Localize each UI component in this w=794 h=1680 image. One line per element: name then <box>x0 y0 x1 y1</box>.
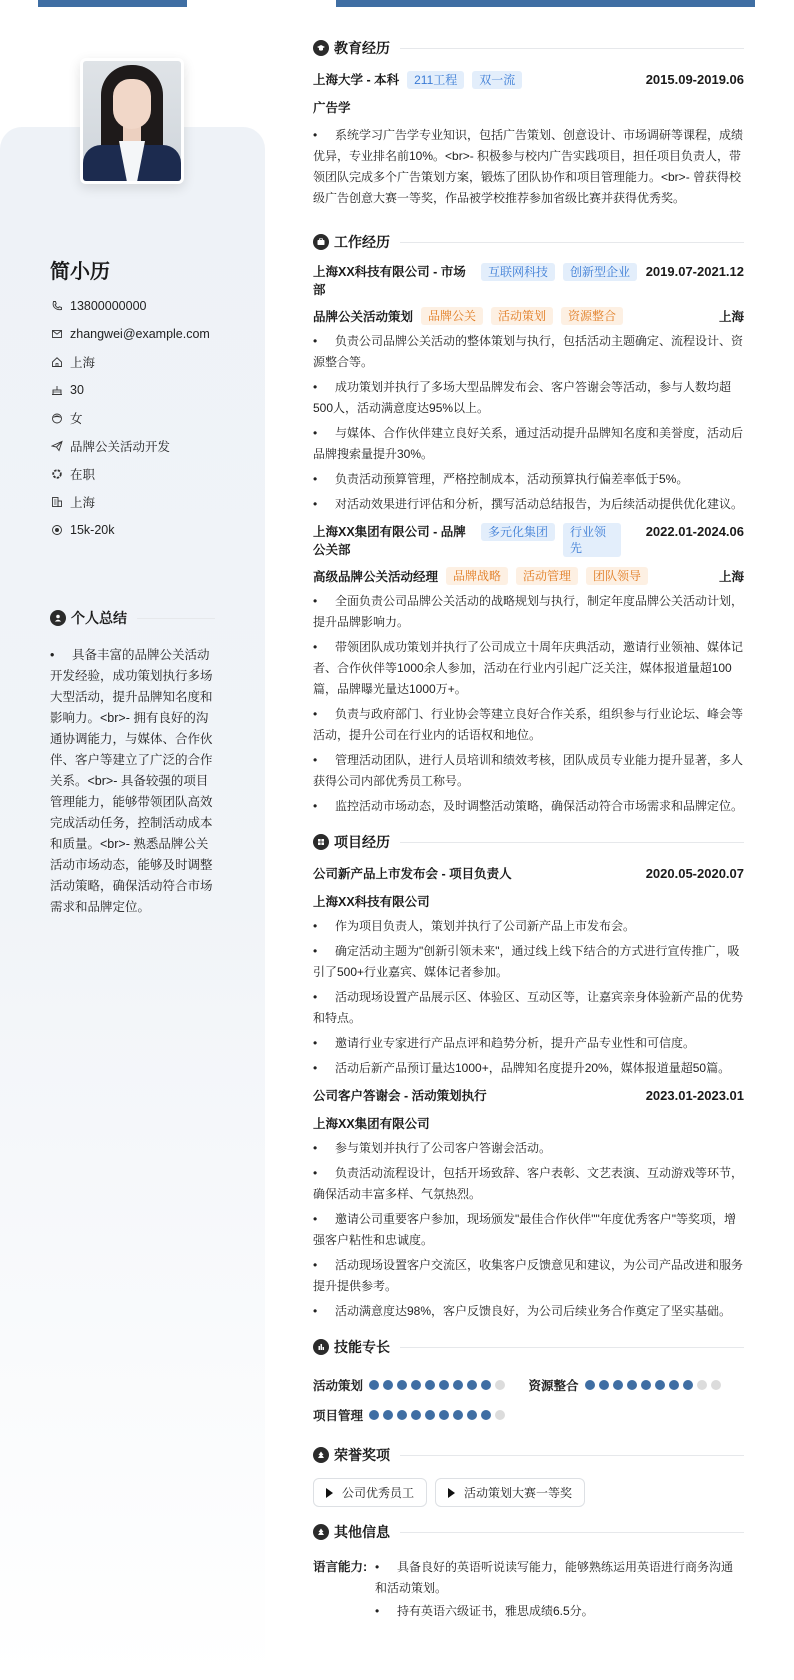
send-icon <box>50 439 64 453</box>
profile-name: 简小历 <box>50 255 110 284</box>
work-bullets: 全面负责公司品牌公关活动的战略规划与执行，制定年度品牌公关活动计划，提升品牌影响… <box>313 591 744 817</box>
summary-text: 具备丰富的品牌公关活动开发经验，成功策划执行多场大型活动，提升品牌知名度和影响力… <box>50 645 215 922</box>
work-entry-header: 上海XX科技有限公司 - 市场部 互联网科技 创新型企业 2019.07-202… <box>313 263 744 299</box>
rating-dot <box>669 1380 679 1390</box>
project-header: 公司新产品上市发布会 - 项目负责人 2020.05-2020.07 <box>313 865 744 883</box>
salary-icon <box>50 523 64 537</box>
bullet-item: 活动后新产品预订量达1000+，品牌知名度提升20%，媒体报道量超50篇。 <box>313 1058 744 1079</box>
bullet-item: 监控活动市场动态，及时调整活动策略，确保活动符合市场需求和品牌定位。 <box>313 796 744 817</box>
bullet-item: 对活动效果进行评估和分析，撰写活动总结报告，为后续活动提供优化建议。 <box>313 494 744 515</box>
bullet-item: 具备良好的英语听说读写能力，能够熟练运用英语进行商务沟通和活动策划。 <box>375 1557 744 1599</box>
company-name: 上海XX集团有限公司 - 品牌公关部 <box>313 523 473 559</box>
rating-dot <box>683 1380 693 1390</box>
major: 广告学 <box>313 98 351 116</box>
skill-rating <box>585 1380 725 1390</box>
rating-dot <box>425 1380 435 1390</box>
bullet-item: 负责活动流程设计，包括开场致辞、客户表彰、文艺表演、互动游戏等环节，确保活动丰富… <box>313 1163 744 1205</box>
info-status: 在职 <box>50 460 210 488</box>
projects-section-title: 项目经历 <box>313 831 744 853</box>
rating-dot <box>599 1380 609 1390</box>
company-tag: 创新型企业 <box>563 263 637 281</box>
info-salary: 15k-20k <box>50 516 210 544</box>
summary-section-title: 个人总结 <box>50 608 215 628</box>
rating-dot <box>439 1410 449 1420</box>
main-content: 教育经历 上海大学 - 本科 211工程 双一流 2015.09-2019.06… <box>313 37 744 1626</box>
rating-dot <box>411 1380 421 1390</box>
bullet-item: 活动现场设置产品展示区、体验区、互动区等，让嘉宾亲身体验新产品的优势和特点。 <box>313 987 744 1029</box>
play-icon <box>326 1488 333 1498</box>
project-header: 公司客户答谢会 - 活动策划执行 2023.01-2023.01 <box>313 1087 744 1105</box>
user-icon <box>50 610 66 626</box>
rating-dot <box>397 1380 407 1390</box>
company-name: 上海XX科技有限公司 - 市场部 <box>313 263 473 299</box>
awards-list: 公司优秀员工 活动策划大赛一等奖 <box>313 1478 744 1507</box>
section-divider <box>400 1455 744 1456</box>
role-tag: 活动策划 <box>491 307 553 325</box>
project-name: 公司客户答谢会 - 活动策划执行 <box>313 1087 487 1105</box>
bullet-item: 活动现场设置客户交流区，收集客户反馈意见和建议，为公司产品改进和服务提升提供参考… <box>313 1255 744 1297</box>
rating-dot <box>453 1410 463 1420</box>
bullet-item: 作为项目负责人，策划并执行了公司新产品上市发布会。 <box>313 916 744 937</box>
skills-list: 活动策划 资源整合 项目管理 <box>313 1370 744 1430</box>
work-date: 2019.07-2021.12 <box>646 263 744 281</box>
award-item[interactable]: 公司优秀员工 <box>313 1478 427 1507</box>
role-tag: 活动管理 <box>516 567 578 585</box>
role-tag: 品牌战略 <box>446 567 508 585</box>
section-divider <box>400 1532 744 1533</box>
awards-section-title: 荣誉奖项 <box>313 1444 744 1466</box>
education-section-title: 教育经历 <box>313 37 744 59</box>
rating-dot <box>495 1410 505 1420</box>
rating-dot <box>627 1380 637 1390</box>
project-bullets: 作为项目负责人，策划并执行了公司新产品上市发布会。 确定活动主题为"创新引领未来… <box>313 916 744 1079</box>
home-icon <box>50 355 64 369</box>
bullet-item: 带领团队成功策划并执行了公司成立十周年庆典活动，邀请行业领袖、媒体记者、合作伙伴… <box>313 637 744 700</box>
work-bullets: 负责公司品牌公关活动的整体策划与执行，包括活动主题确定、流程设计、资源整合等。 … <box>313 331 744 515</box>
info-email: zhangwei@example.com <box>50 320 210 348</box>
top-accent-bar-right <box>336 0 755 7</box>
bullet-item: 邀请公司重要客户参加，现场颁发"最佳合作伙伴""年度优秀客户"等奖项，增强客户粘… <box>313 1209 744 1251</box>
rating-dot <box>369 1410 379 1420</box>
education-bullets: 系统学习广告学专业知识，包括广告策划、创意设计、市场调研等课程，成绩优异，专业排… <box>313 125 744 209</box>
language-label: 语言能力: <box>313 1557 375 1626</box>
rating-dot <box>481 1380 491 1390</box>
bullet-item: 负责活动预算管理，严格控制成本，活动预算执行偏差率低于5%。 <box>313 469 744 490</box>
project-company-row: 上海XX科技有限公司 <box>313 892 744 910</box>
summary-bullet: 具备丰富的品牌公关活动开发经验，成功策划执行多场大型活动，提升品牌知名度和影响力… <box>50 645 215 918</box>
bullet-item: 参与策划并执行了公司客户答谢会活动。 <box>313 1138 744 1159</box>
work-entry: 上海XX科技有限公司 - 市场部 互联网科技 创新型企业 2019.07-202… <box>313 263 744 515</box>
info-job-target: 品牌公关活动开发 <box>50 432 210 460</box>
education-major-row: 广告学 <box>313 98 744 116</box>
avatar <box>80 58 184 184</box>
section-divider <box>137 618 215 619</box>
rating-dot <box>467 1380 477 1390</box>
section-divider <box>400 1347 744 1348</box>
status-icon <box>50 467 64 481</box>
grid-icon <box>313 834 329 850</box>
education-date: 2015.09-2019.06 <box>646 71 744 89</box>
role-tag: 团队领导 <box>586 567 648 585</box>
avatar-photo <box>83 61 181 181</box>
project-date: 2023.01-2023.01 <box>646 1087 744 1105</box>
building-icon <box>50 495 64 509</box>
bullet-item: 管理活动团队，进行人员培训和绩效考核，团队成员专业能力提升显著，多人获得公司内部… <box>313 750 744 792</box>
briefcase-icon <box>313 234 329 250</box>
bullet-item: 与媒体、合作伙伴建立良好关系，通过活动提升品牌知名度和美誉度，活动后品牌搜索量提… <box>313 423 744 465</box>
skill-item: 活动策划 <box>313 1376 529 1394</box>
rating-dot <box>495 1380 505 1390</box>
project-company: 上海XX科技有限公司 <box>313 892 430 910</box>
award-item[interactable]: 活动策划大赛一等奖 <box>435 1478 585 1507</box>
cake-icon <box>50 383 64 397</box>
bullet-item: 负责与政府部门、行业协会等建立良好合作关系，组织参与行业论坛、峰会等活动，提升公… <box>313 704 744 746</box>
bullet-item: 全面负责公司品牌公关活动的战略规划与执行，制定年度品牌公关活动计划，提升品牌影响… <box>313 591 744 633</box>
project-company-row: 上海XX集团有限公司 <box>313 1114 744 1132</box>
work-section-title: 工作经历 <box>313 231 744 253</box>
bullet-item: 负责公司品牌公关活动的整体策划与执行，包括活动主题确定、流程设计、资源整合等。 <box>313 331 744 373</box>
project-bullets: 参与策划并执行了公司客户答谢会活动。 负责活动流程设计，包括开场致辞、客户表彰、… <box>313 1138 744 1322</box>
rating-dot <box>411 1410 421 1420</box>
rating-dot <box>369 1380 379 1390</box>
project-date: 2020.05-2020.07 <box>646 865 744 883</box>
project-entry: 公司新产品上市发布会 - 项目负责人 2020.05-2020.07 上海XX科… <box>313 865 744 1079</box>
contact-info-list: 13800000000 zhangwei@example.com 上海 30 女… <box>50 292 210 544</box>
rating-dot <box>655 1380 665 1390</box>
rating-dot <box>397 1410 407 1420</box>
info-city: 上海 <box>50 488 210 516</box>
mail-icon <box>50 327 64 341</box>
bullet-item: 邀请行业专家进行产品点评和趋势分析，提升产品专业性和可信度。 <box>313 1033 744 1054</box>
project-name: 公司新产品上市发布会 - 项目负责人 <box>313 865 512 883</box>
info-icon <box>313 1524 329 1540</box>
job-role: 高级品牌公关活动经理 <box>313 567 438 585</box>
info-gender: 女 <box>50 404 210 432</box>
rating-dot <box>383 1380 393 1390</box>
rating-dot <box>711 1380 721 1390</box>
rating-dot <box>425 1410 435 1420</box>
rating-dot <box>585 1380 595 1390</box>
rating-dot <box>613 1380 623 1390</box>
work-entry: 上海XX集团有限公司 - 品牌公关部 多元化集团 行业领先 2022.01-20… <box>313 523 744 817</box>
work-role-row: 品牌公关活动策划 品牌公关 活动策划 资源整合 上海 <box>313 307 744 325</box>
info-location: 上海 <box>50 348 210 376</box>
job-city: 上海 <box>719 307 744 325</box>
education-entry-header: 上海大学 - 本科 211工程 双一流 2015.09-2019.06 <box>313 71 744 89</box>
skill-item: 项目管理 <box>313 1406 533 1424</box>
info-phone: 13800000000 <box>50 292 210 320</box>
other-section-title: 其他信息 <box>313 1521 744 1543</box>
work-date: 2022.01-2024.06 <box>646 523 744 541</box>
play-icon <box>448 1488 455 1498</box>
job-role: 品牌公关活动策划 <box>313 307 413 325</box>
skills-section-title: 技能专长 <box>313 1336 744 1358</box>
rating-dot <box>453 1380 463 1390</box>
skill-rating <box>369 1410 509 1420</box>
company-tag: 多元化集团 <box>481 523 555 541</box>
section-divider <box>400 48 744 49</box>
school-name: 上海大学 - 本科 <box>313 71 399 89</box>
job-city: 上海 <box>719 567 744 585</box>
top-accent-bar-left <box>38 0 187 7</box>
rating-dot <box>439 1380 449 1390</box>
work-entry-header: 上海XX集团有限公司 - 品牌公关部 多元化集团 行业领先 2022.01-20… <box>313 523 744 559</box>
school-tag: 双一流 <box>472 71 522 89</box>
info-age: 30 <box>50 376 210 404</box>
bullet-item: 系统学习广告学专业知识，包括广告策划、创意设计、市场调研等课程，成绩优异，专业排… <box>313 125 744 209</box>
company-tag: 互联网科技 <box>481 263 555 281</box>
trophy-icon <box>313 1447 329 1463</box>
language-bullets: 具备良好的英语听说读写能力，能够熟练运用英语进行商务沟通和活动策划。 持有英语六… <box>375 1557 744 1626</box>
bullet-item: 确定活动主题为"创新引领未来"，通过线上线下结合的方式进行宣传推广，吸引了500… <box>313 941 744 983</box>
gender-icon <box>50 411 64 425</box>
rating-dot <box>383 1410 393 1420</box>
role-tag: 资源整合 <box>561 307 623 325</box>
bullet-item: 成功策划并执行了多场大型品牌发布会、客户答谢会等活动，参与人数均超500人，活动… <box>313 377 744 419</box>
rating-dot <box>697 1380 707 1390</box>
section-divider <box>400 842 744 843</box>
graduation-cap-icon <box>313 40 329 56</box>
skill-rating <box>369 1380 509 1390</box>
bar-chart-icon <box>313 1339 329 1355</box>
company-tag: 行业领先 <box>563 523 621 557</box>
rating-dot <box>467 1410 477 1420</box>
bullet-item: 持有英语六级证书，雅思成绩6.5分。 <box>375 1601 744 1622</box>
bullet-item: 活动满意度达98%，客户反馈良好，为公司后续业务合作奠定了坚实基础。 <box>313 1301 744 1322</box>
role-tag: 品牌公关 <box>421 307 483 325</box>
rating-dot <box>641 1380 651 1390</box>
phone-icon <box>50 299 64 313</box>
project-company: 上海XX集团有限公司 <box>313 1114 430 1132</box>
skill-item: 资源整合 <box>529 1376 745 1394</box>
school-tag: 211工程 <box>407 71 464 89</box>
rating-dot <box>481 1410 491 1420</box>
work-role-row: 高级品牌公关活动经理 品牌战略 活动管理 团队领导 上海 <box>313 567 744 585</box>
project-entry: 公司客户答谢会 - 活动策划执行 2023.01-2023.01 上海XX集团有… <box>313 1087 744 1322</box>
section-divider <box>400 242 744 243</box>
language-info: 语言能力: 具备良好的英语听说读写能力，能够熟练运用英语进行商务沟通和活动策划。… <box>313 1557 744 1626</box>
